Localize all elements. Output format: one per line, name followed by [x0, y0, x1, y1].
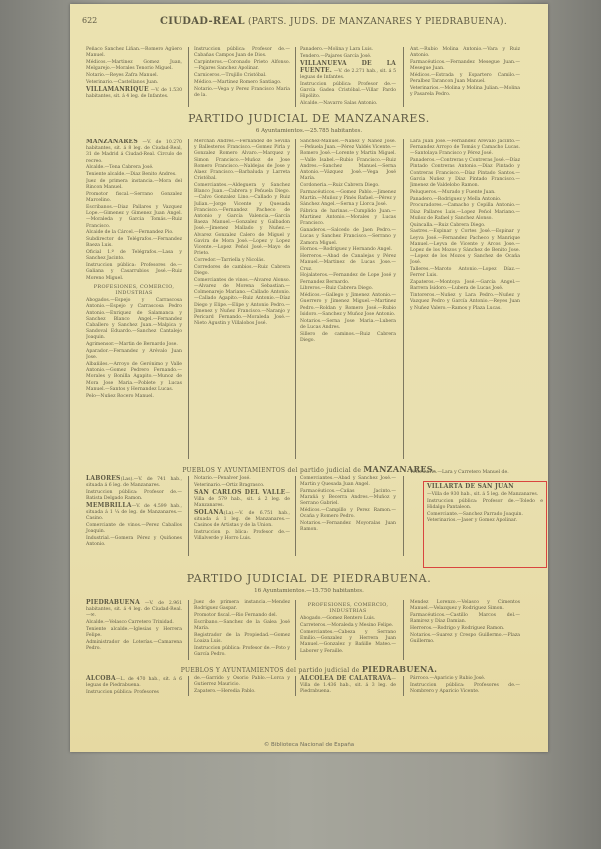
directory-entry: Abogado.—Gomez Rentero Luis.: [300, 616, 396, 622]
section-subtitle-manzanares: 6 Ayuntamientos.—25.785 habitantes.: [70, 128, 548, 134]
piedrabuena-col-2: Juez de primera instancia.—Mendez Rodrig…: [194, 600, 290, 659]
directory-entry: Herreros.—Rodrigo y Rodriguez Ramon.: [410, 626, 520, 632]
directory-entry: Carreteros.—Moraleda y Mesino Felipe.: [300, 623, 396, 629]
directory-entry: Lara Juan José.—Fernandez Arévalo Jacint…: [410, 139, 520, 158]
directory-entry: Alcalde.—Navarro Salas Antonio.: [300, 101, 396, 107]
column-rule: [295, 139, 296, 459]
directory-entry: Ant.—Rubio Molina Antonio.—Vara y Ruiz A…: [410, 47, 520, 59]
directory-entry: Panadero.—Rodriguez y Mella Antonio.: [410, 197, 520, 203]
directory-entry: Cordoneria.—Ruiz Cabrera Diego.: [300, 183, 396, 189]
directory-entry: Instruccion pública: Profesor de.—García…: [300, 82, 396, 101]
column-rule: [295, 600, 296, 660]
directory-entry: Instruccion pública: Profesor de.—Poto y…: [194, 646, 290, 658]
column-rule: [295, 47, 296, 107]
directory-entry: Notarios.—Serna Jose Maria.—Lubera de Lu…: [300, 319, 396, 331]
running-title: CIUDAD-REAL (PARTS. JUDS. DE MANZANARES …: [160, 16, 507, 27]
directory-entry: Libreros.—Ruiz Cabrera Diego.: [300, 286, 396, 292]
pueblos-title-name: PIEDRABUENA.: [362, 664, 437, 674]
pueblos-manzanares-col-4: Veterinario.—Lara y Carretero Manuel de.: [410, 470, 520, 477]
directory-entry: Notarios.—Suarez y Crespo Guillermo.—Pla…: [410, 633, 520, 645]
column-rule: [403, 139, 404, 459]
column-rule: [295, 676, 296, 696]
directory-entry: Veterinario.—Lara y Carretero Manuel de.: [410, 470, 520, 476]
directory-entry: ALCOLEA DE CALATRAVA—Villa de 1.436 hab.…: [300, 676, 396, 696]
pueblos-manzanares-col-2: Notario.—Penalver José.Veterinario.—Orti…: [194, 476, 290, 543]
town-name: MEMBRILLA: [86, 502, 132, 509]
town-name: SAN CARLOS DEL VALLE: [194, 489, 285, 496]
column-rule: [188, 600, 189, 660]
directory-entry: Comerciantes.—Aldeguera y Sanchez Blanco…: [194, 183, 290, 257]
directory-entry: Aparador.—Fernandez y Arévalo Juan Jose.: [86, 349, 182, 361]
directory-entry: Comerciantes de vinos.—Alvarez Alonso.—A…: [194, 278, 290, 328]
directory-entry: SAN CARLOS DEL VALLE—Villa de 579 hab., …: [194, 490, 290, 510]
manzanares-col-2: Merchan Andres.—Fernandez de Sevilla y B…: [194, 139, 290, 459]
directory-entry: Herreros.—Abad de Canalejas y Pérez Manu…: [300, 254, 396, 273]
top-col-1: Peñaco Sanchez Liñan.—Romero Agüero Manu…: [86, 47, 182, 101]
directory-entry: Notario.—Penalver José.: [194, 476, 290, 482]
pueblos-piedrabuena-col-2: de.—Garrido y Osorio Pablo.—Lorca y Guti…: [194, 676, 290, 696]
pueblos-piedrabuena-col-4: Párroco.—Aparicio y Rubio José.Instrucci…: [410, 676, 520, 696]
directory-entry: Instruccion pública: Profesores de.—Nomb…: [410, 683, 520, 695]
library-credit: © Biblioteca Nacional de España: [70, 742, 548, 748]
top-col-3: Panadero.—Molina y Lara Luis.Tendero.—Pa…: [300, 47, 396, 108]
directory-entry: Notario.—Vega y Perez Francisco Maria de…: [194, 87, 290, 99]
column-rule: [403, 600, 404, 660]
town-name: ALCOBA: [86, 675, 116, 682]
directory-entry: Abogados.—Espejo y Carrascosa Antonio.—E…: [86, 298, 182, 341]
directory-entry: Subdirector de Telégrafos.—Fernandez Bae…: [86, 237, 182, 249]
pueblos-manzanares-col-1: LABORES(Las).—V. de 741 hab., situada á …: [86, 476, 182, 549]
town-name: ALCOLEA DE CALATRAVA: [300, 675, 391, 682]
top-col-2: Instruccion pública: Profesor de.—Cabaña…: [194, 47, 290, 100]
manzanares-col-3: Sanchez-Manuel.—Nañez y Nañez Jose.—Peñu…: [300, 139, 396, 459]
subheading: PROFESIONES, COMERCIO, INDUSTRIAS: [86, 284, 182, 296]
directory-entry: Farmacéuticos.—Fernandez Mesegue Juan.—M…: [410, 60, 520, 72]
subheading: PROFESIONES, COMERCIO, INDUSTRIAS: [300, 602, 396, 614]
running-header: 622 CIUDAD-REAL (PARTS. JUDS. DE MANZANA…: [80, 16, 538, 30]
directory-entry: Instruccion pública: Profesor de.—Cabaña…: [194, 47, 290, 59]
directory-entry: Mendez Lorenzo.—Velasco y Cimentos Manue…: [410, 600, 520, 612]
directory-entry: Farmacéuticos.—Cañas Jacinto.—Marañá y B…: [300, 489, 396, 508]
pueblos-piedrabuena-col-1: ALCOBA—L. de 470 hab., sit. á 6 leguas d…: [86, 676, 182, 697]
directory-entry: Hojalateros.—Fernandez de Lope José y Fe…: [300, 273, 396, 285]
pueblos-title-prefix: PUEBLOS Y AYUNTAMIENTOS del partido judi…: [182, 467, 361, 474]
directory-entry: Panadero.—Molina y Lara Luis.: [300, 47, 396, 53]
directory-entry: Instruccion pública: Profesor de.—Batist…: [86, 490, 182, 502]
section-title-piedrabuena: PARTIDO JUDICIAL DE PIEDRABUENA.: [70, 572, 548, 585]
directory-entry: Teniente alcalde.—Diaz Benito Andres.: [86, 172, 182, 178]
directory-entry: Alcalde.—Velasco Carretero Trinidad.: [86, 620, 182, 626]
town-name: LABORES: [86, 475, 121, 482]
directory-entry: Médicos.—Campillo y Perez Ramon.—Ocaña y…: [300, 508, 396, 520]
column-rule: [403, 47, 404, 107]
directory-entry: Médicos.—Gallego y Jimenez Antonio.—Guer…: [300, 293, 396, 318]
directory-entry: Industrial.—Gomera Pérez y Quiñones Anto…: [86, 536, 182, 548]
pueblos-manzanares-col-3: Comerciantes.—Abad y Sanchez José.—Marti…: [300, 476, 396, 534]
directory-entry: Administrador de Loterías.—Camarena Pedr…: [86, 640, 182, 652]
directory-entry: Teniente alcalde.—Iglesias y Herrera Fel…: [86, 627, 182, 639]
directory-entry: Instruccion p. blica: Profesor de.—Villa…: [194, 530, 290, 542]
directory-entry: Quincalla.—Ruiz Cabrera Diego.: [410, 223, 520, 229]
directory-entry: Juez de primera instancia.—Mendez Rodrig…: [194, 600, 290, 612]
directory-entry: Alcalde.—Tena Cabrera José.: [86, 165, 182, 171]
column-rule: [188, 47, 189, 107]
pueblos-title-prefix: PUEBLOS Y AYUNTAMIENTOS del partido judi…: [181, 667, 360, 674]
town-name: MANZANARES: [86, 139, 138, 145]
directory-entry: Alcaide de la Cárcel.—Fernandez Pio.: [86, 230, 182, 236]
page-number: 622: [82, 16, 97, 25]
directory-entry: Corredores de cambios.—Ruiz Cabrera Dieg…: [194, 265, 290, 277]
directory-entry: Escribanos.—Diaz Pallares y Vazquez Lope…: [86, 205, 182, 230]
directory-entry: Ganaderos.—Salcedo de Jaen Pedro.—Lucas …: [300, 228, 396, 247]
directory-entry: Médicos.—Martinez Gomez Juan, Melgarejo.…: [86, 60, 182, 72]
directory-entry: Peñaco Sanchez Liñan.—Romero Agüero Manu…: [86, 47, 182, 59]
directory-entry: Comerciante de vinos.—Perez Caballos Joa…: [86, 523, 182, 535]
directory-entry: Sillero de caminos.—Ruiz Cabrera Diego.: [300, 332, 396, 344]
directory-entry: Talleres.—Maroto Antonio.—Lopez Díaz.—Fe…: [410, 267, 520, 279]
directory-entry: MEMBRILLA—V. de 4.599 hab., situada á 1 …: [86, 503, 182, 523]
directory-entry: Registrador de la Propiedad.—Gomez Loaiz…: [194, 633, 290, 645]
directory-entry: Oficial 1.º de Telégrafos.—Lasa y Sanche…: [86, 250, 182, 262]
directory-entry: Corredor.—Tarriella y Nicolás.: [194, 258, 290, 264]
column-rule: [188, 676, 189, 696]
pueblos-title-piedrabuena: PUEBLOS Y AYUNTAMIENTOS del partido judi…: [70, 664, 548, 674]
directory-entry: Zapatero.—Heredia Pablo.: [194, 689, 290, 695]
directory-entry: SOLANA(La).—V. de 6.751 hab., situada á …: [194, 510, 290, 530]
running-title-sub: (PARTS. JUDS. DE MANZANARES Y PIEDRABUEN…: [248, 17, 507, 27]
directory-entry: Albañiles.—Arroyo de Gerónimo y Valle An…: [86, 362, 182, 393]
directory-entry: Notarios.—Fernandez Moyoralas Juan Ramon…: [300, 521, 396, 533]
directory-entry: Médico.—Martinez Romero Santiago.: [194, 80, 290, 86]
directory-entry: LABORES(Las).—V. de 741 hab., situada á …: [86, 476, 182, 489]
directory-entry: Sastres.—Espinar y Cortes José.—Espinar …: [410, 229, 520, 266]
piedrabuena-col-3: PROFESIONES, COMERCIO, INDUSTRIAS Abogad…: [300, 600, 396, 655]
directory-entry: Zapateros.—Montoya José.—García Angel.—B…: [410, 280, 520, 292]
top-col-4: Ant.—Rubio Molina Antonio.—Vara y Ruiz A…: [410, 47, 520, 99]
directory-entry: Tintoreros.—Nuñez y Lara Pedro.—Nuñez y …: [410, 293, 520, 312]
manzanares-col-4: Lara Juan José.—Fernandez Arévalo Jacint…: [410, 139, 520, 459]
section-subtitle-piedrabuena: 16 Ayuntamientos.—15.750 habitantes.: [70, 588, 548, 594]
directory-entry: Fábrica de harinas.—Cumplido Juan.—Marti…: [300, 209, 396, 228]
directory-entry: Farmacéuticos.—Castillo Marcos del.—Rami…: [410, 613, 520, 625]
column-rule: [403, 476, 404, 556]
directory-entry: Carniceros.—Trujillo Cristóbal.: [194, 73, 290, 79]
directory-entry: Agrimensor.—Martin de Bernardo Jose.: [86, 342, 182, 348]
directory-entry: Hornos.—Rodriguez y Hernando Angel.: [300, 247, 396, 253]
selection-highlight-box[interactable]: [423, 481, 547, 568]
directory-entry: Farmacéuticos.—Gomez Pablo.—Jimenez Mart…: [300, 190, 396, 209]
column-rule: [188, 139, 189, 459]
town-name: VILLAMANRIQUE: [86, 86, 149, 93]
directory-entry: Peluqueros.—Murado y Fuente Juan.: [410, 190, 520, 196]
directory-entry: Carpinteros.—Coronado Prieto Alfonso.—Pa…: [194, 60, 290, 72]
directory-entry: Merchan Andres.—Fernandez de Sevilla y B…: [194, 139, 290, 182]
directory-entry: Procuradores.—Camacho y Cepilla Antonio.…: [410, 203, 520, 222]
town-name: PIEDRABUENA: [86, 599, 140, 606]
directory-entry: de.—Garrido y Osorio Pablo.—Lorca y Guti…: [194, 676, 290, 688]
column-rule: [403, 676, 404, 696]
directory-entry: Médicos.—Estrada y Espartero Camilo.—Per…: [410, 73, 520, 85]
directory-entry: Comerciantes.—Abad y Sanchez José.—Marti…: [300, 476, 396, 488]
column-rule: [295, 476, 296, 556]
directory-entry: Promotor fiscal.—Serrano Gonzalez Marcel…: [86, 192, 182, 204]
column-rule: [188, 476, 189, 556]
directory-entry: Sanchez-Manuel.—Nañez y Nañez Jose.—Peñu…: [300, 139, 396, 182]
running-title-main: CIUDAD-REAL: [160, 16, 245, 27]
directory-entry: Panaderos.—Contreras y Contreras José.—D…: [410, 158, 520, 189]
directory-entry: ALCOBA—L. de 470 hab., sit. á 6 leguas d…: [86, 676, 182, 689]
directory-entry: Pelo—Nuñez Rocero Manuel.: [86, 394, 182, 400]
pueblos-piedrabuena-col-3: ALCOLEA DE CALATRAVA—Villa de 1.436 hab.…: [300, 676, 396, 696]
directory-entry: Escribano.—Sanchez de la Galea José Marí…: [194, 620, 290, 632]
directory-entry: Párroco.—Aparicio y Rubio José.: [410, 676, 520, 682]
scanned-page: 622 CIUDAD-REAL (PARTS. JUDS. DE MANZANA…: [70, 4, 548, 752]
piedrabuena-col-1: PIEDRABUENA —V. de 2.961 habitantes, sit…: [86, 600, 182, 653]
manzanares-col-1: MANZANARES —V. de 10.270 habitantes, sit…: [86, 139, 182, 459]
piedrabuena-col-4: Mendez Lorenzo.—Velasco y Cimentos Manue…: [410, 600, 520, 646]
section-title-manzanares: PARTIDO JUDICIAL DE MANZANARES.: [70, 112, 548, 125]
town-name: SOLANA: [194, 509, 224, 516]
directory-entry: Promotor fiscal.—Rio Fernando del.: [194, 613, 290, 619]
directory-entry: Notario.—Reyes Zafra Manuel.: [86, 73, 182, 79]
directory-entry: Veterinarios.—Molina y Molina Julian.—Mo…: [410, 86, 520, 98]
directory-entry: Instruccion pública: Profesores: [86, 690, 182, 696]
directory-entry: Juez de primera instancia.—Mora del Rinc…: [86, 179, 182, 191]
directory-entry: Instruccion pública: Profesores de.—Gali…: [86, 263, 182, 282]
directory-entry: Comerciantes.—Cabeza y Serrano Emilio.—G…: [300, 630, 396, 655]
